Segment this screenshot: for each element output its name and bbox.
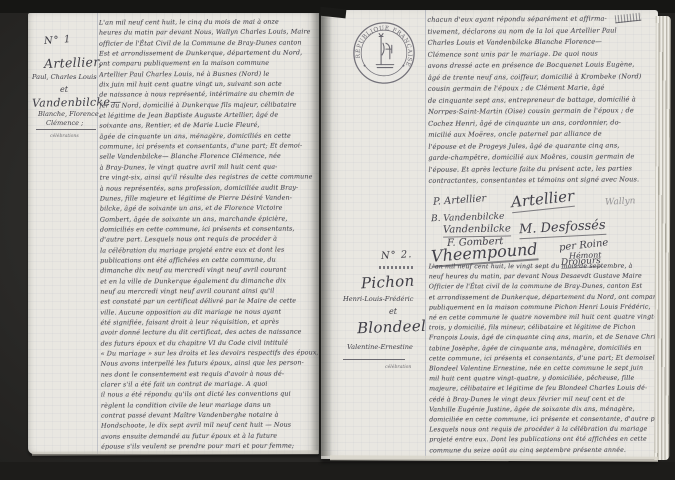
handwritten-line: et arrondissement de Dunkerque, départem… bbox=[429, 292, 656, 303]
margin-note-1: célébrations bbox=[50, 134, 79, 139]
groom-given-names-2: Henri-Louis-Frédéric bbox=[343, 295, 413, 303]
conjunction-1: et bbox=[60, 85, 68, 94]
handwritten-line: et en la ville de Dunkerque également du… bbox=[100, 275, 317, 286]
handwritten-line: tabine Josèphe, âgée de cinquante ans, m… bbox=[429, 343, 656, 354]
handwritten-line: garde-champêtre, domicilié aux Moëres, c… bbox=[428, 151, 656, 164]
handwritten-line: Officier de l'État civil de la commune d… bbox=[429, 282, 656, 293]
act-1-closing-text: chacun d'eux ayant répondu séparément et… bbox=[427, 13, 656, 191]
bride-surname-2: Blondeel bbox=[357, 317, 427, 337]
handwritten-line: tre vingt-six, ainsi qu'il résulte des r… bbox=[100, 172, 317, 183]
handwritten-line: Hondschoote, le dix sept avril mil neuf … bbox=[101, 420, 318, 431]
handwritten-line: dimanche dix neuf au mercredi vingt neuf… bbox=[100, 265, 317, 276]
right-page: RÉPUBLIQUE FRANÇAISE chacun d'eux ayant … bbox=[321, 10, 658, 459]
handwritten-line: domiciliés en cette commune, ici présent… bbox=[100, 223, 317, 234]
right-page-margin-rule bbox=[425, 10, 426, 459]
signature: P. Artellier bbox=[433, 193, 487, 208]
handwritten-line: François Louis, âgé de cinquante cinq an… bbox=[429, 333, 656, 344]
signature: Wallyn bbox=[605, 196, 636, 208]
margin-note-2: célébration bbox=[385, 365, 411, 370]
groom-given-names-1: Paul, Charles Louis bbox=[32, 73, 97, 81]
right-margin-annotations: N° 2. Pichon Henri-Louis-Frédéric et Blo… bbox=[333, 10, 425, 459]
handwritten-line: il nous a été répondu qu'ils ont dicté l… bbox=[101, 389, 318, 400]
signature: B. Vandenbilcke bbox=[431, 212, 505, 225]
margin-squiggle bbox=[379, 266, 413, 269]
handwritten-line: fer du Nord, domicilié à Dunkerque fils … bbox=[99, 99, 316, 110]
handwritten-line: âgé de trente neuf ans, coiffeur, domici… bbox=[428, 71, 656, 84]
handwritten-line: contractantes, consentantes et témoins o… bbox=[429, 174, 657, 187]
right-page-bottom-edge bbox=[330, 455, 658, 461]
groom-surname-1: Artellier, bbox=[44, 54, 103, 71]
margin-divider-line-2 bbox=[343, 359, 405, 360]
handwritten-line: Est et arrondissement de Dunkerque, dépa… bbox=[99, 47, 316, 58]
scan-background-bottom bbox=[0, 462, 675, 480]
book-gutter-shadow bbox=[310, 10, 332, 456]
margin-divider-line-1 bbox=[36, 129, 96, 130]
handwritten-line: Dunes, fille majeure et légitime de Pier… bbox=[100, 192, 317, 203]
handwritten-line: cédé à Bray-Dunes le vingt deux février … bbox=[429, 394, 656, 405]
signature: M. Desfossés bbox=[519, 218, 606, 240]
handwritten-line: commune, ici présents et consentants, d'… bbox=[100, 141, 317, 152]
bride-given-names-1b: Clémence ; bbox=[46, 119, 83, 127]
left-page: N° 1 Artellier, Paul, Charles Louis et V… bbox=[28, 13, 319, 454]
handwritten-line: projeté entre eux. Dont les publications… bbox=[429, 435, 656, 446]
page-edge-stack bbox=[654, 16, 671, 460]
handwritten-line: commune du seize août au cinq septembre … bbox=[429, 445, 656, 456]
scanned-register-spread: N° 1 Artellier, Paul, Charles Louis et V… bbox=[0, 0, 675, 480]
conjunction-2: et bbox=[389, 307, 397, 316]
handwritten-line: avons dressé acte en présence de Bocquen… bbox=[428, 59, 656, 72]
act-number-1: N° 1 bbox=[44, 34, 72, 47]
handwritten-line: majeure, célibataire et légitime de feu … bbox=[429, 384, 656, 395]
handwritten-line: heures du matin par devant Nous, Wallyn … bbox=[99, 27, 316, 38]
handwritten-line: avoir donné lecture du dit certificat, d… bbox=[100, 327, 317, 338]
groom-surname-2: Pichon bbox=[361, 272, 415, 293]
handwritten-line: Nous avons interpellé les futurs époux, … bbox=[101, 358, 318, 369]
act-number-2: N° 2. bbox=[381, 249, 413, 262]
act-2-body-text: L'an mil neuf cent huit, le vingt sept d… bbox=[429, 262, 657, 459]
act-1-body-text: L'an mil neuf cent huit, le cinq du mois… bbox=[99, 16, 318, 453]
bride-given-names-1a: Blanche, Florence, bbox=[38, 110, 101, 118]
left-margin-annotations: N° 1 Artellier, Paul, Charles Louis et V… bbox=[32, 13, 98, 454]
handwritten-line: est constaté par un certificat délivré p… bbox=[100, 296, 317, 307]
handwritten-line: Norrpes-Saint-Martin (Oise) cousin germa… bbox=[428, 105, 656, 118]
signature: Artellier bbox=[510, 187, 575, 214]
left-page-bottom-edge bbox=[32, 450, 318, 455]
bride-given-names-2: Valentine-Ernestine bbox=[347, 343, 413, 351]
